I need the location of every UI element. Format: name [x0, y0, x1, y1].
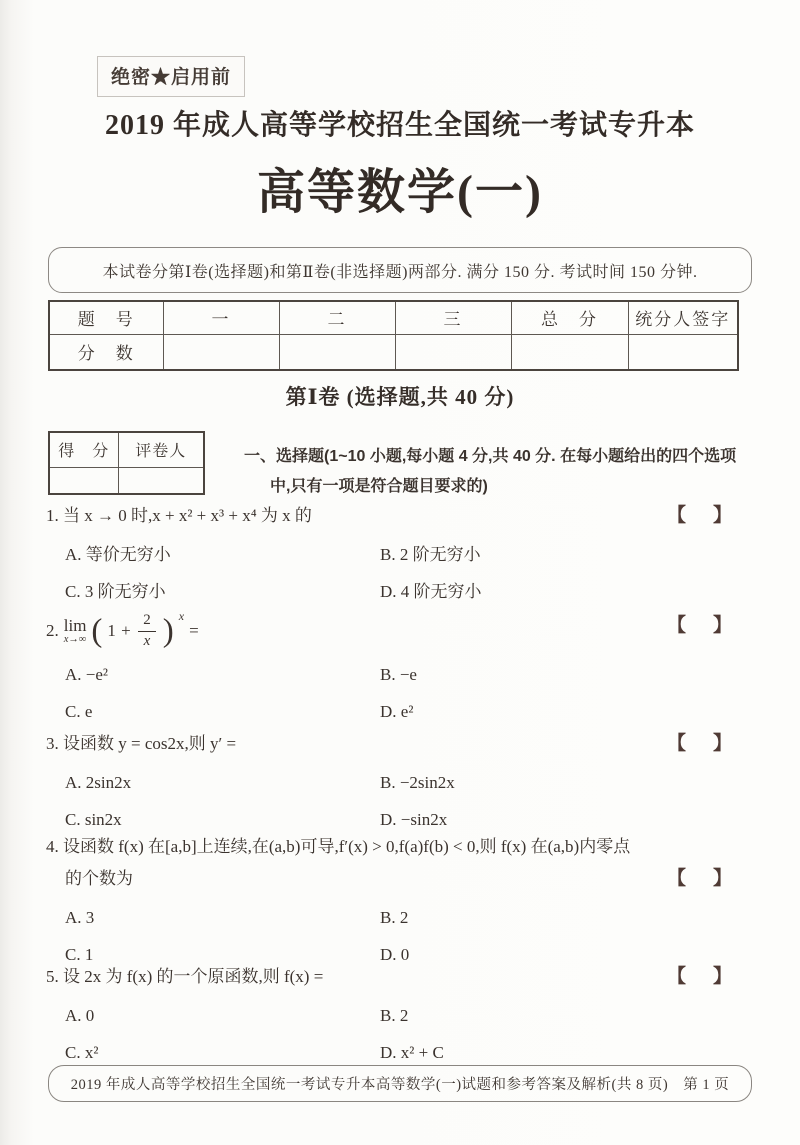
question-4-stem-line2: 的个数为 【】 [40, 866, 758, 892]
subject-title: 高等数学(一) [0, 153, 800, 222]
question-3-option-b: B. −2sin2x [380, 770, 758, 795]
grader-box-score-label: 得 分 [49, 432, 118, 467]
question-3-stem-text: 3. 设函数 y = cos2x,则 y′ = [46, 734, 236, 753]
question-3-option-c: C. sin2x [65, 807, 380, 832]
answer-bracket: 【】 [667, 610, 732, 637]
question-5-option-d: D. x² + C [380, 1040, 758, 1065]
question-1-option-b: B. 2 阶无穷小 [380, 542, 758, 567]
answer-bracket-close: 】 [713, 503, 732, 529]
section1-heading: 第Ⅰ卷 (选择题,共 40 分) [0, 381, 800, 411]
page-footer: 2019 年成人高等学校招生全国统一考试专升本高等数学(一)试题和参考答案及解析… [48, 1065, 752, 1102]
fraction-numerator: 2 [138, 612, 156, 631]
answer-bracket-close: 】 [713, 964, 732, 990]
grader-box-score-cell [49, 467, 118, 494]
question-4-option-a: A. 3 [65, 905, 380, 930]
answer-bracket-close: 】 [713, 731, 732, 757]
question-4-stem-line2-text: 的个数为 [65, 869, 133, 888]
question-3-option-a: A. 2sin2x [65, 770, 380, 795]
question-3-options-row2: C. sin2x D. −sin2x [40, 807, 758, 832]
exam-paper-page: 绝密★启用前 2019 年成人高等学校招生全国统一考试专升本 高等数学(一) 本… [0, 0, 800, 1145]
grader-score-box: 得 分 评卷人 [48, 431, 205, 495]
question-5: 5. 设 2x 为 f(x) 的一个原函数,则 f(x) = 【】 A. 0 B… [40, 964, 758, 1077]
expression-body: 1 + [107, 621, 131, 641]
answer-bracket-open: 【 [667, 503, 686, 529]
answer-bracket: 【】 [667, 866, 732, 892]
score-table-header-part2: 二 [279, 301, 395, 334]
grader-box-empty-row [49, 467, 204, 494]
limit-operator: lim [64, 617, 87, 634]
question-2-option-d: D. e² [380, 699, 758, 724]
question-4-options-row1: A. 3 B. 2 [40, 905, 758, 930]
question-5-stem: 5. 设 2x 为 f(x) 的一个原函数,则 f(x) = 【】 [40, 964, 758, 990]
paper-instructions-box: 本试卷分第Ⅰ卷(选择题)和第Ⅱ卷(非选择题)两部分. 满分 150 分. 考试时… [48, 247, 752, 293]
score-row-label: 分 数 [49, 334, 163, 370]
question-2-option-a: A. −e² [65, 662, 380, 687]
fraction-denominator: x [144, 632, 151, 650]
question-1-stem-text: 1. 当 x → 0 时,x + x² + x³ + x⁴ 为 x 的 [46, 506, 312, 525]
question-1-option-c: C. 3 阶无穷小 [65, 579, 380, 604]
score-table-header-part1: 一 [163, 301, 279, 334]
grader-box-header-row: 得 分 评卷人 [49, 432, 204, 467]
section1-instructions-line2: 中,只有一项是符合题目要求的) [270, 472, 756, 502]
question-4-stem-line1: 4. 设函数 f(x) 在[a,b]上连续,在(a,b)可导,f′(x) > 0… [40, 834, 758, 860]
question-5-option-c: C. x² [65, 1040, 380, 1065]
question-1-option-a: A. 等价无穷小 [65, 542, 380, 567]
score-input-cell [163, 334, 279, 370]
exponent: x [179, 609, 184, 624]
answer-bracket-close: 】 [713, 866, 732, 892]
question-1-options-row2: C. 3 阶无穷小 D. 4 阶无穷小 [40, 579, 758, 604]
question-4: 4. 设函数 f(x) 在[a,b]上连续,在(a,b)可导,f′(x) > 0… [40, 834, 758, 979]
question-3-options-row1: A. 2sin2x B. −2sin2x [40, 770, 758, 795]
exam-title: 2019 年成人高等学校招生全国统一考试专升本 [0, 103, 800, 143]
answer-bracket-open: 【 [667, 964, 686, 990]
score-table-header-question-no: 题 号 [49, 301, 163, 334]
score-input-cell [395, 334, 511, 370]
question-1-option-d: D. 4 阶无穷小 [380, 579, 758, 604]
limit-notation: lim x→∞ [64, 617, 87, 646]
question-5-option-a: A. 0 [65, 1003, 380, 1028]
section1-instructions-line1: 一、选择题(1~10 小题,每小题 4 分,共 40 分. 在每小题给出的四个选… [244, 442, 756, 472]
answer-bracket: 【】 [667, 731, 732, 757]
score-table-score-row: 分 数 [49, 334, 738, 370]
question-2-option-b: B. −e [380, 662, 758, 687]
equals-sign: = [189, 621, 199, 641]
question-1-stem: 1. 当 x → 0 时,x + x² + x³ + x⁴ 为 x 的 【】 [40, 503, 758, 529]
question-5-option-b: B. 2 [380, 1003, 758, 1028]
score-input-cell [628, 334, 738, 370]
question-2-stem: 2. lim x→∞ ( 1 + 2 x ) x = 【】 [40, 606, 758, 656]
question-2-options-row1: A. −e² B. −e [40, 662, 758, 687]
question-2-options-row2: C. e D. e² [40, 699, 758, 724]
paper-instructions-text: 本试卷分第Ⅰ卷(选择题)和第Ⅱ卷(非选择题)两部分. 满分 150 分. 考试时… [102, 259, 697, 282]
score-input-cell [511, 334, 628, 370]
question-4-option-b: B. 2 [380, 905, 758, 930]
page-footer-text: 2019 年成人高等学校招生全国统一考试专升本高等数学(一)试题和参考答案及解析… [71, 1073, 729, 1094]
answer-bracket-open: 【 [667, 866, 686, 892]
answer-bracket-open: 【 [667, 610, 686, 637]
score-table-header-total: 总 分 [511, 301, 628, 334]
section1-instructions: 一、选择题(1~10 小题,每小题 4 分,共 40 分. 在每小题给出的四个选… [244, 442, 756, 502]
score-table-header-grader-signature: 统分人签字 [628, 301, 738, 334]
question-4-stem-line1-text: 4. 设函数 f(x) 在[a,b]上连续,在(a,b)可导,f′(x) > 0… [46, 837, 630, 856]
question-3-option-d: D. −sin2x [380, 807, 758, 832]
answer-bracket-close: 】 [713, 610, 732, 637]
limit-subscript: x→∞ [64, 635, 87, 646]
fraction: 2 x [138, 612, 156, 650]
question-5-options-row1: A. 0 B. 2 [40, 1003, 758, 1028]
question-5-options-row2: C. x² D. x² + C [40, 1040, 758, 1065]
answer-bracket-open: 【 [667, 731, 686, 757]
score-table-header-row: 题 号 一 二 三 总 分 统分人签字 [49, 301, 738, 334]
question-3: 3. 设函数 y = cos2x,则 y′ = 【】 A. 2sin2x B. … [40, 731, 758, 844]
question-1-options-row1: A. 等价无穷小 B. 2 阶无穷小 [40, 542, 758, 567]
score-summary-table: 题 号 一 二 三 总 分 统分人签字 分 数 [48, 300, 739, 371]
question-2-option-c: C. e [65, 699, 380, 724]
answer-bracket: 【】 [667, 503, 732, 529]
question-1: 1. 当 x → 0 时,x + x² + x³ + x⁴ 为 x 的 【】 A… [40, 503, 758, 616]
classification-label: 绝密★启用前 [97, 56, 245, 97]
answer-bracket: 【】 [667, 964, 732, 990]
grader-box-grader-label: 评卷人 [118, 432, 204, 467]
grader-box-grader-cell [118, 467, 204, 494]
question-2-number: 2. [46, 621, 59, 641]
question-2: 2. lim x→∞ ( 1 + 2 x ) x = 【】 A. −e² B. … [40, 606, 758, 736]
score-table-header-part3: 三 [395, 301, 511, 334]
score-input-cell [279, 334, 395, 370]
question-3-stem: 3. 设函数 y = cos2x,则 y′ = 【】 [40, 731, 758, 757]
question-5-stem-text: 5. 设 2x 为 f(x) 的一个原函数,则 f(x) = [46, 967, 323, 986]
